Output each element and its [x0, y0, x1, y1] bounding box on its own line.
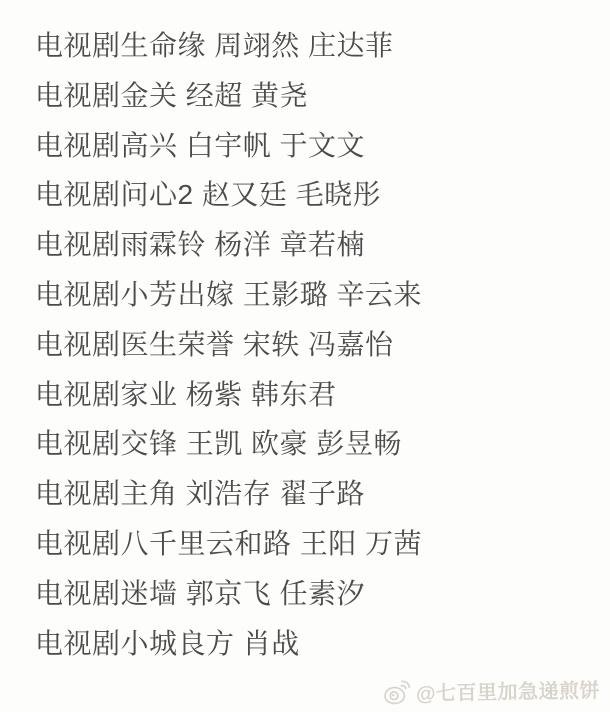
drama-cast-line: 电视剧高兴 白宇帆 于文文: [35, 121, 600, 171]
text-image-post: 电视剧生命缘 周翊然 庄达菲 电视剧金关 经超 黄尧 电视剧高兴 白宇帆 于文文…: [0, 0, 610, 712]
drama-cast-line: 电视剧迷墙 郭京飞 任素汐: [35, 569, 600, 619]
drama-cast-line: 电视剧医生荣誉 宋轶 冯嘉怡: [35, 320, 600, 370]
drama-cast-list: 电视剧生命缘 周翊然 庄达菲 电视剧金关 经超 黄尧 电视剧高兴 白宇帆 于文文…: [35, 21, 600, 668]
drama-cast-line: 电视剧交锋 王凯 欧豪 彭昱畅: [35, 419, 600, 469]
drama-cast-line: 电视剧八千里云和路 王阳 万茜: [35, 519, 600, 569]
drama-cast-line: 电视剧主角 刘浩存 翟子路: [35, 469, 600, 519]
drama-cast-line: 电视剧问心2 赵又廷 毛晓彤: [35, 170, 600, 220]
drama-cast-line: 电视剧金关 经超 黄尧: [35, 71, 600, 121]
weibo-logo-icon: [384, 680, 410, 704]
drama-cast-line: 电视剧小城良方 肖战: [35, 619, 600, 669]
drama-cast-line: 电视剧家业 杨紫 韩东君: [35, 370, 600, 420]
drama-cast-line: 电视剧生命缘 周翊然 庄达菲: [35, 21, 600, 71]
watermark-handle: @七百里加急递煎饼: [416, 674, 600, 706]
drama-cast-line: 电视剧小芳出嫁 王影璐 辛云来: [35, 270, 600, 320]
drama-cast-line: 电视剧雨霖铃 杨洋 章若楠: [35, 220, 600, 270]
watermark: @七百里加急递煎饼: [384, 674, 600, 707]
